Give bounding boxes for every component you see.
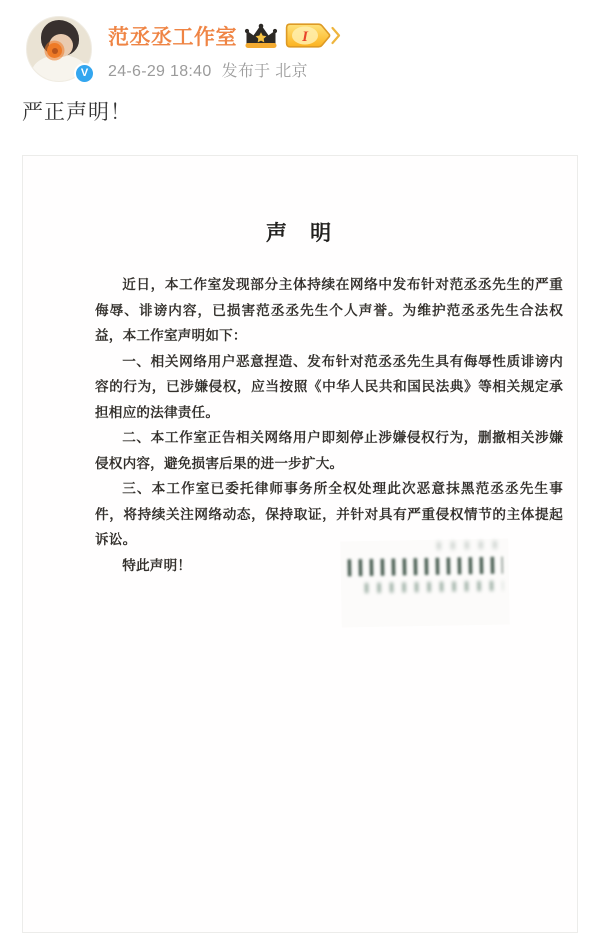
verified-v-badge-icon: V [74, 63, 95, 84]
signature-line-1 [345, 557, 503, 577]
avatar[interactable]: V [26, 16, 92, 82]
signature-smudge [432, 541, 496, 550]
author-name-link[interactable]: 范丞丞工作室 [108, 21, 237, 51]
post-meta: 24-6-29 18:40发布于 北京 [108, 58, 308, 81]
post-header: V 范丞丞工作室 I 24-6-29 18:40发布于 北京 [0, 0, 600, 90]
flower-icon [47, 43, 62, 58]
signature-line-2 [361, 581, 503, 593]
blurred-signature-stamp [340, 539, 509, 628]
statement-body: 近日，本工作室发现部分主体持续在网络中发布针对范丞丞先生的严重侮辱、诽谤内容，已… [95, 272, 563, 578]
statement-paragraph: 近日，本工作室发现部分主体持续在网络中发布针对范丞丞先生的严重侮辱、诽谤内容，已… [95, 272, 563, 349]
statement-paragraph: 二、本工作室正告相关网络用户即刻停止涉嫌侵权行为，删撤相关涉嫌侵权内容，避免损害… [95, 425, 563, 476]
vip-crown-icon[interactable] [244, 23, 278, 49]
post-timestamp: 24-6-29 18:40 [108, 63, 212, 80]
statement-image[interactable]: 声 明 近日，本工作室发现部分主体持续在网络中发布针对范丞丞先生的严重侮辱、诽谤… [22, 155, 578, 933]
vip-level-text: I [301, 29, 309, 45]
author-row: 范丞丞工作室 I [108, 21, 341, 51]
statement-title: 声 明 [69, 218, 537, 248]
vip-level-badge[interactable]: I [285, 23, 341, 49]
post-text: 严正声明！ [22, 96, 132, 126]
statement-paragraph: 一、相关网络用户恶意捏造、发布针对范丞丞先生具有侮辱性质诽谤内容的行为，已涉嫌侵… [95, 349, 563, 426]
post-source-location: 发布于 北京 [222, 63, 308, 80]
